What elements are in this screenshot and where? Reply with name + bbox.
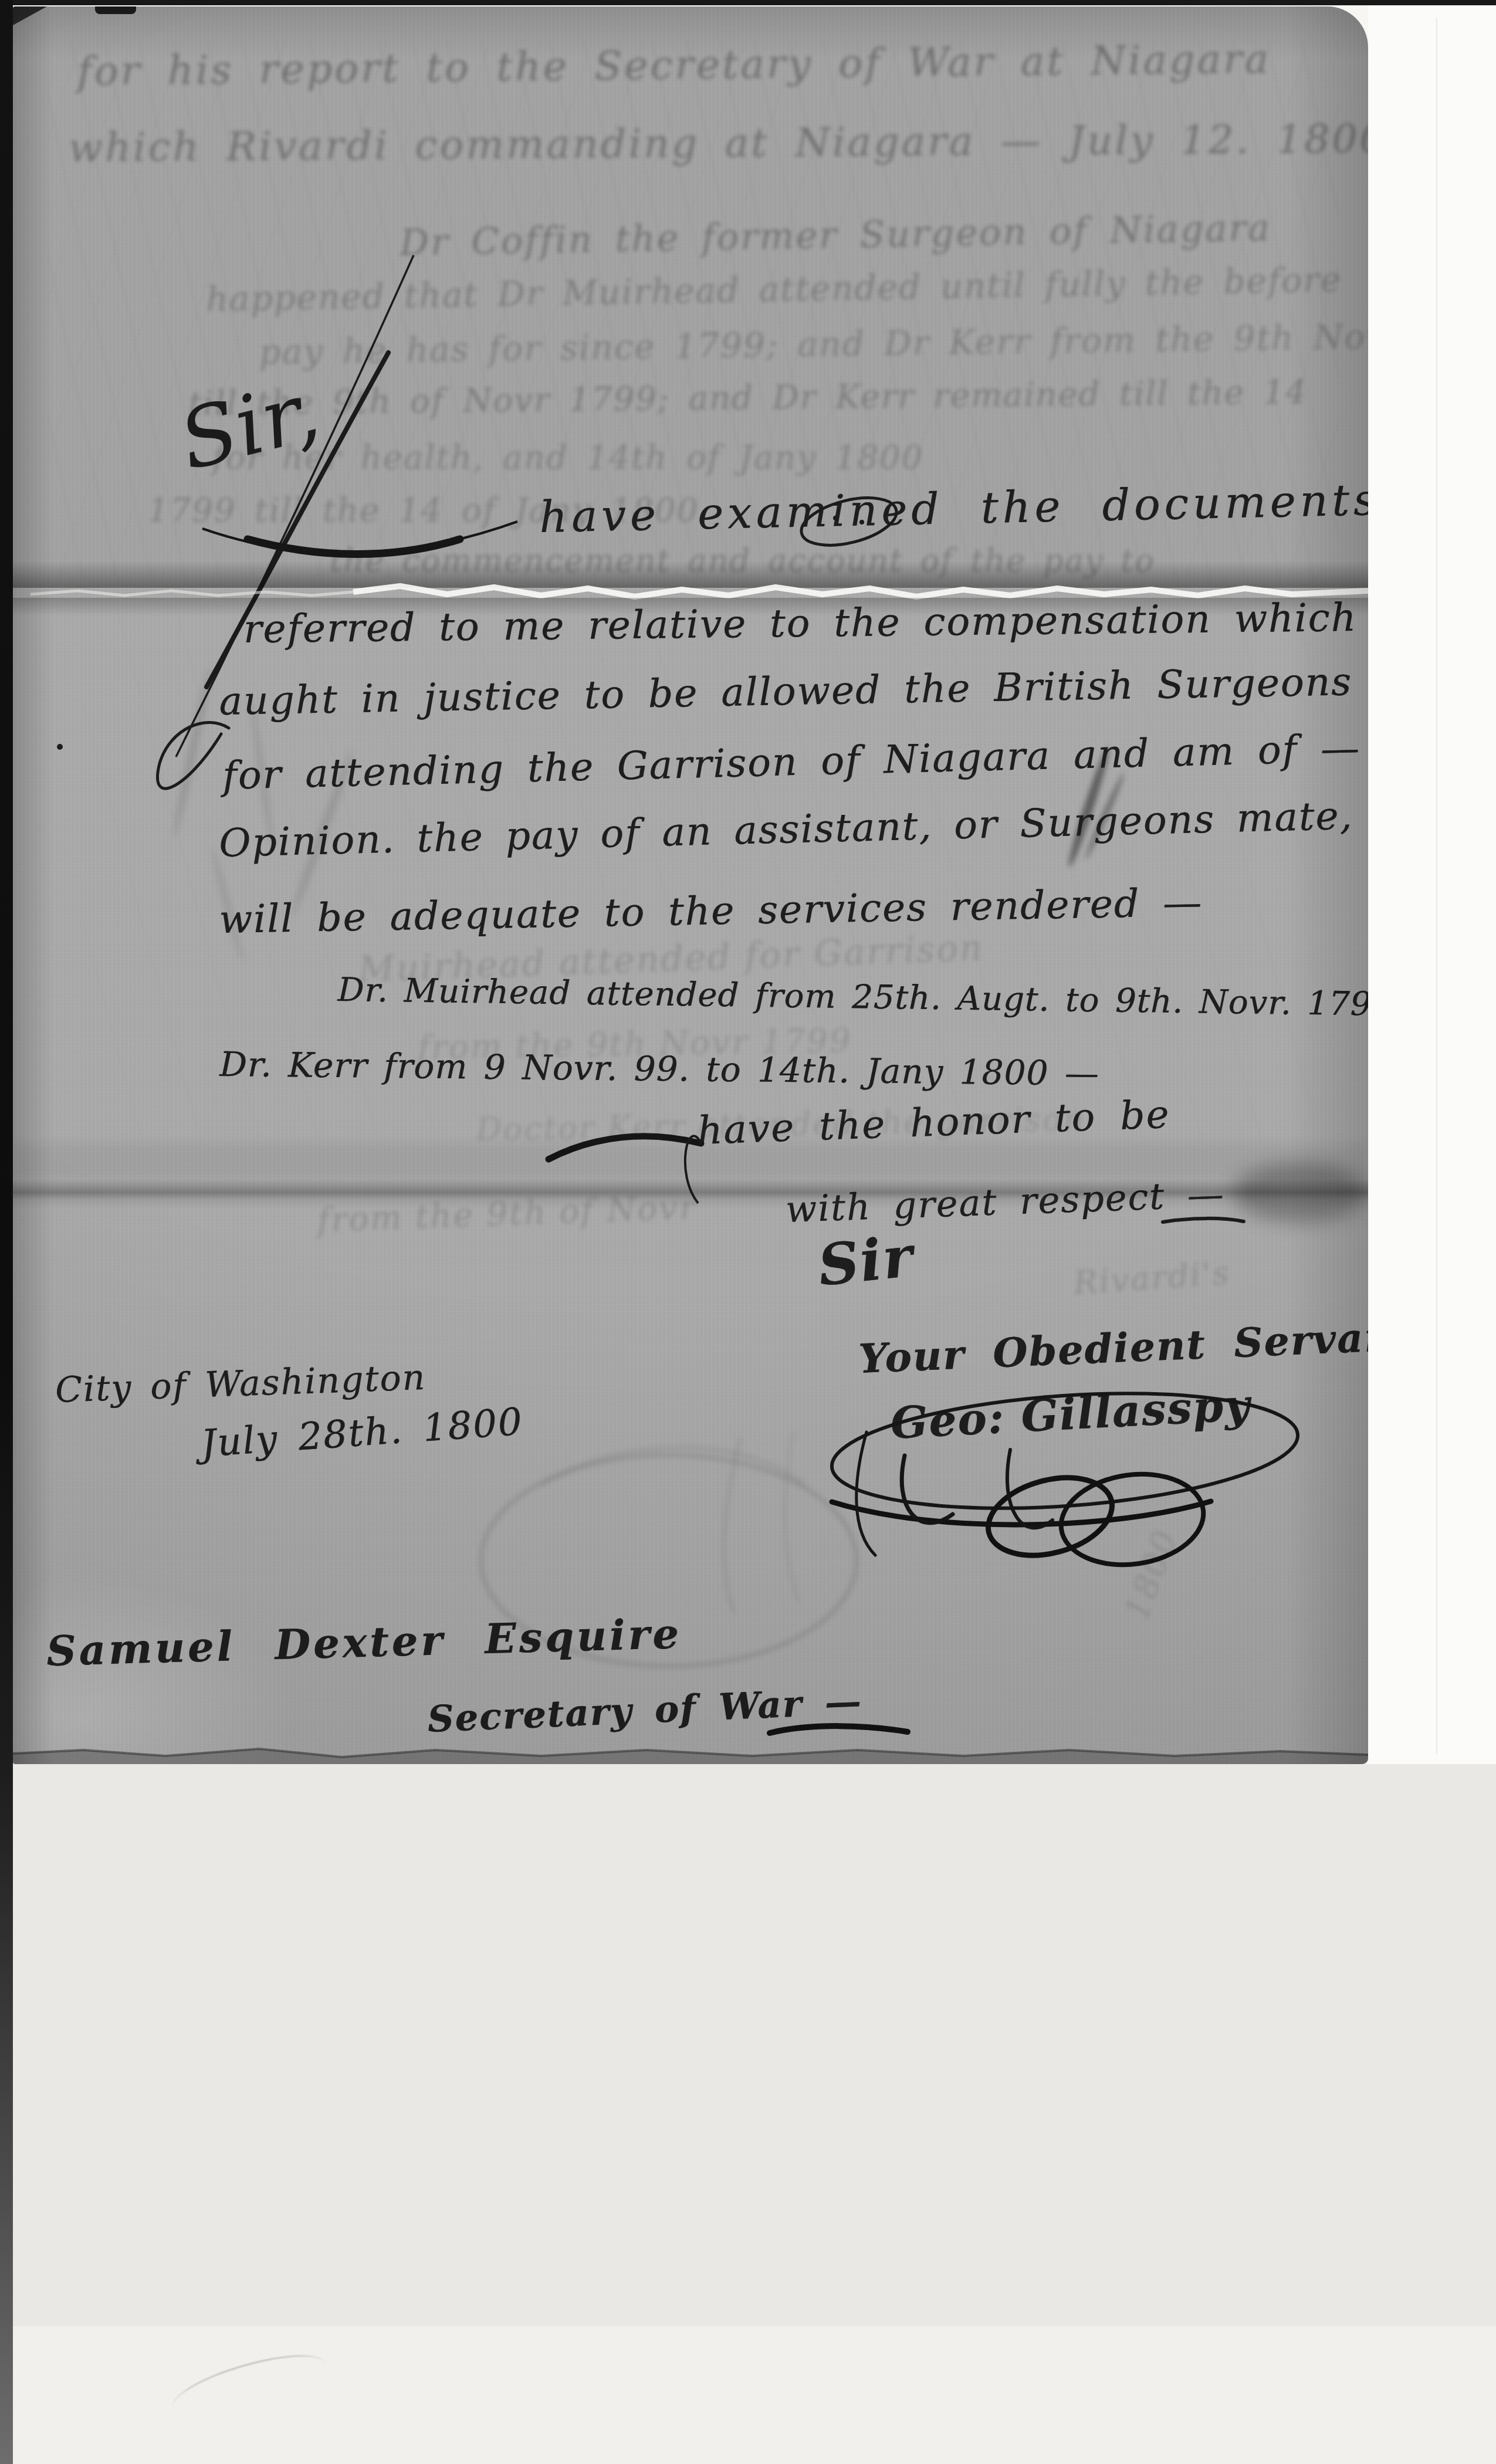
fold-crease — [13, 1179, 1368, 1209]
letter-sheet: for his report to the Secretary of War a… — [13, 6, 1368, 1764]
dateline-place: City of Washington — [55, 1360, 427, 1408]
scan-left-edge — [0, 0, 13, 2464]
bleedthrough-line: for her health, and 14th of Jany 1800 — [212, 442, 923, 475]
dateline-date: July 28th. 1800 — [200, 1403, 524, 1463]
scanner-background-right — [1368, 5, 1496, 1765]
bleedthrough-line: Rivardi's — [1072, 1257, 1231, 1299]
closing-salutation: Sir — [815, 1228, 916, 1294]
scan-top-edge — [0, 0, 1496, 5]
torn-bottom-edge — [13, 1723, 1368, 1764]
tear-shadow-lower — [13, 598, 1368, 615]
bleedthrough-line: 1800 — [1119, 1525, 1183, 1624]
closing-servant-line: Your Obedient Servant — [858, 1316, 1368, 1379]
scan-artifact-line — [1436, 18, 1437, 1754]
letter-line: Dr. Kerr from 9 Novr. 99. to 14th. Jany … — [219, 1047, 1099, 1091]
top-edge-nub — [95, 6, 136, 14]
signature: Geo: Gillasspy — [889, 1383, 1251, 1446]
bleedthrough-line: for his report to the Secretary of War a… — [77, 40, 1271, 92]
scanned-letter-page: for his report to the Secretary of War a… — [0, 0, 1496, 2464]
scanner-background-lower — [0, 1764, 1496, 2326]
bleedthrough-line: which Rivardi commanding at Niagara — Ju… — [69, 119, 1368, 168]
fold-shading — [13, 1143, 1368, 1180]
fold-crease-dark-end — [1233, 1163, 1368, 1222]
